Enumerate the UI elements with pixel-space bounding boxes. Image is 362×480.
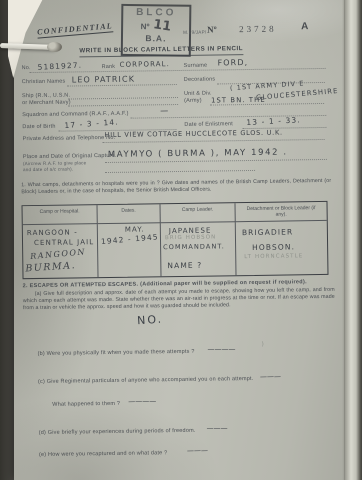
field-ship-label-1: Ship (R.N., U.S.N. [22,93,70,100]
page-edge-stack [342,0,362,480]
field-capture-label: Place and Date of Original Capture. [23,153,117,160]
question-2d-text: (d) Give briefly your experiences during… [39,428,196,436]
field-enlist-label: Date of Enlistment [184,121,233,128]
field-rank-value: CORPORAL. [119,60,169,69]
field-enlist-value: 13 - 1 - 33. [246,115,301,127]
table-cell-leader: JAPANESE BRIG HOBSON COMMANDANT. NAME ? [161,222,237,276]
camp-entry-line: BURMA. [25,260,76,274]
field-capture-sub-2: and date of a/c crash). [23,166,73,172]
camps-table: Camp or Hospital. Dates. Camp Leader. De… [21,201,328,279]
block-leader-entry-line: BRIGADIER [242,227,293,237]
table-header-dates: Dates. [98,204,161,224]
answer-2a: NO. [137,313,164,328]
scanned-document-photo: CONFIDENTIAL BLCO Nº11 B.A. M.I.9/JAP/ N… [0,0,362,480]
stamp-no-label: Nº [141,22,150,31]
leader-pencil-note: BRIG HOBSON [165,234,216,241]
field-no-value: 5181927. [37,61,82,72]
dates-entry-line: MAY. [125,225,145,233]
field-unit-label-2: (Army) [184,98,202,104]
block-leader-pencil-note: LT HORNCASTLE [244,253,303,260]
field-surname-label: Surname [184,63,208,69]
field-ship-label-2: or Merchant Navy) [22,99,71,106]
mi9-reference: M.I.9/JAP/ [183,30,206,35]
table-header-leader: Camp Leader. [160,203,235,223]
field-no-label: No. [22,65,31,71]
camp-entry-line: RANGOON [30,247,86,261]
field-dob-label: Date of Birth [22,124,55,130]
table-header-block-leader: Detachment or Block Leader (if any). [235,202,326,222]
answer-2d: ——— [207,424,228,432]
dotted-rule [68,97,178,100]
stamp-no-value: 11 [152,17,172,35]
answer-2c: ——— [260,373,281,381]
field-unit-label-1: Unit & Div. [184,91,212,97]
answer-2c2: ———— [128,397,156,405]
field-christian-label: Christian Names [22,79,66,86]
serial-no-label: Nº [207,24,217,34]
field-decorations-label: Decorations [184,76,216,82]
field-address-value: HILL VIEW COTTAGE HUCCLECOTE GLOS. U.K. [104,129,282,139]
field-capture-sub-1: (Aircrew R.A.F. to give place [23,160,87,166]
leader-entry-line: COMMANDANT. [163,242,225,251]
confidential-marking: CONFIDENTIAL [37,21,114,38]
field-capture-value: MAYMYO ( BURMA ), MAY 1942 . [108,147,288,160]
leader-entry-line: NAME ? [167,261,202,270]
series-letter: A [301,21,309,32]
question-2b-text: (b) Were you physically fit when you mad… [38,349,195,357]
table-header-camp: Camp or Hospital. [23,205,98,225]
field-christian-value: LEO PATRICK [72,75,135,85]
field-rank-label: Rank [102,64,116,70]
question-2c2-text: What happened to them ? [52,401,120,408]
dates-entry-line: 1942 - 1945 [101,232,159,246]
table-cell-camp: RANGOON - CENTRAL JAIL RANGOON BURMA. [23,224,99,278]
question-1-text: 1. What camps, detachments or hospitals … [21,178,331,197]
question-2c-text: (c) Give Regimental particulars of anyon… [38,376,254,385]
field-dob-value: 17 - 3 - 14. [64,117,119,130]
serial-no-value: 23728 [239,24,277,35]
stamp-line3: B.A. [123,33,189,44]
question-2a-text: (a) Give full description and approx. da… [23,287,335,313]
block-leader-entry-line: HOBSON. [252,242,295,252]
field-surname-value: FORD, [217,58,248,67]
answer-2e: ——— [187,447,208,455]
page-content: CONFIDENTIAL BLCO Nº11 B.A. M.I.9/JAP/ N… [11,0,348,480]
camp-entry-line: RANGOON - [27,228,78,237]
field-squadron-value: — [160,106,169,115]
answer-2b: ———— [207,345,235,353]
dotted-rule [210,103,324,106]
question-2e-text: (e) How were you recaptured and on what … [39,450,168,458]
camp-entry-line: CENTRAL JAIL [34,238,94,247]
table-cell-dates: MAY. 1942 - 1945 [98,223,162,277]
field-address-label: Private Address and Telephone No. [23,135,116,142]
dotted-rule [105,170,255,173]
stamp-number-line: Nº11 [123,18,189,34]
table-cell-block-leader: BRIGADIER HOBSON. LT HORNCASTLE [236,221,328,275]
dotted-rule [103,139,325,143]
instruction-banner: WRITE IN BLOCK CAPITAL LETTERS IN PENCIL [79,45,243,57]
pencil-mark-2b: ) [261,341,265,348]
treasury-tag-eyelet [47,42,62,52]
questionnaire-page: CONFIDENTIAL BLCO Nº11 B.A. M.I.9/JAP/ N… [14,0,344,480]
dotted-rule [67,84,177,87]
